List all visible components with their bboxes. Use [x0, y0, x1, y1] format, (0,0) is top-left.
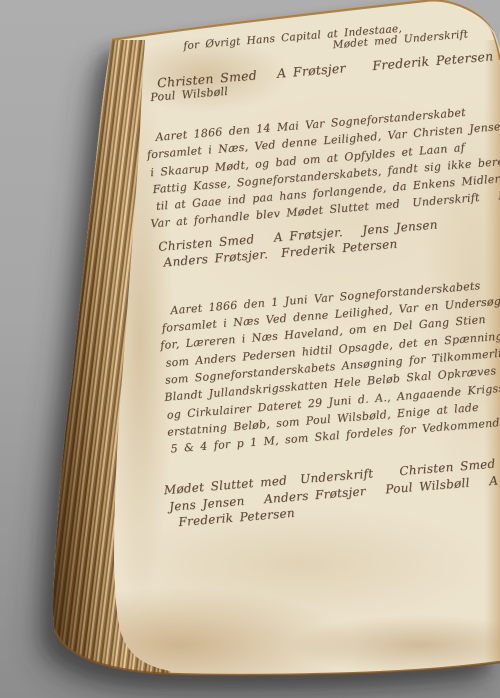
- manuscript-text: for Øvrigt Hans Capital at Indestaae,Mød…: [136, 15, 500, 531]
- photo-background: for Øvrigt Hans Capital at Indestaae,Mød…: [0, 0, 500, 698]
- block-entry-1866-june-1: Aaret 1866 den 1 Juni Var Sogneforstande…: [157, 274, 500, 458]
- block-entry-1866-may-14: Aaret 1866 den 14 Mai Var Sogneforstande…: [143, 101, 500, 233]
